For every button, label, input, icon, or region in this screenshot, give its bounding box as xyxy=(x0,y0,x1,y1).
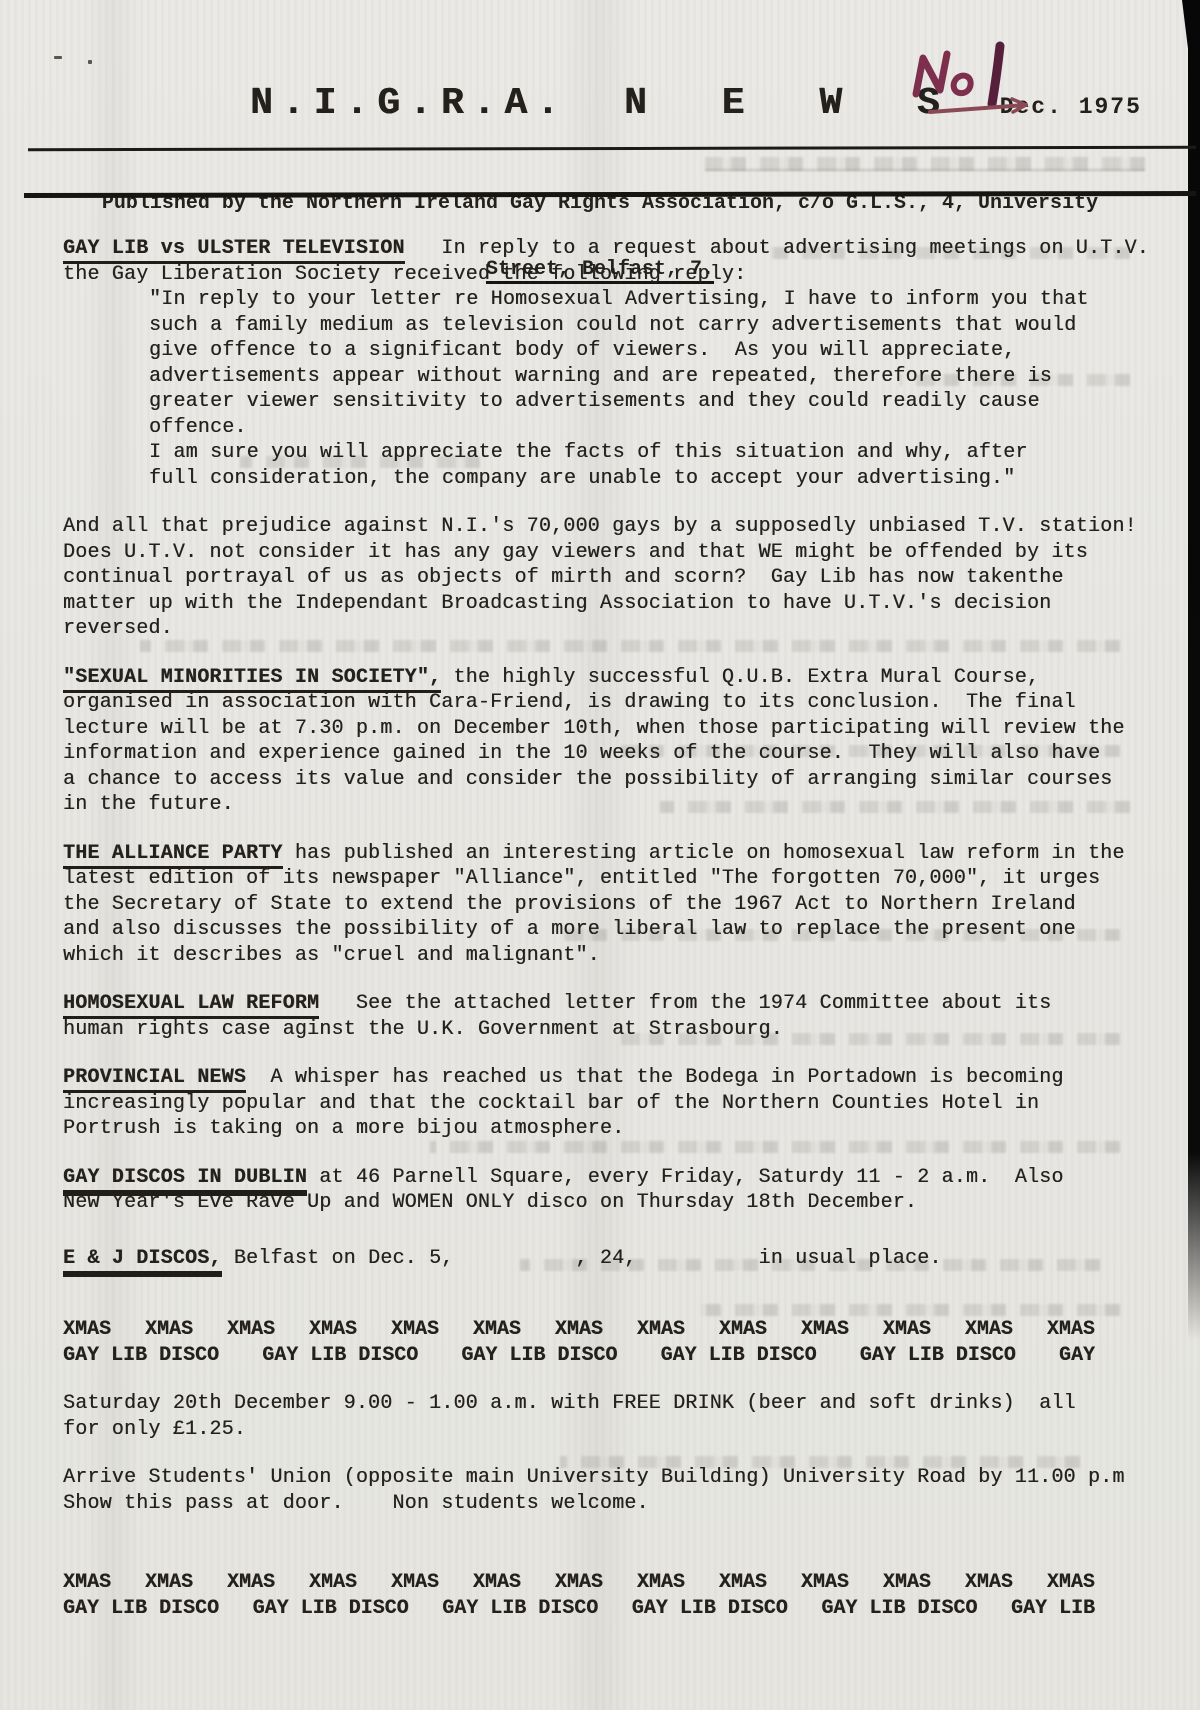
banner-token: XMAS xyxy=(965,1570,1013,1596)
section-heading: GAY DISCOS IN DUBLIN xyxy=(63,1166,307,1192)
section-heading: PROVINCIAL NEWS xyxy=(63,1066,246,1093)
banner-token: GAY LIB DISCO xyxy=(661,1343,817,1369)
banner-token: GAY LIB xyxy=(1011,1596,1095,1622)
section-heading: "SEXUAL MINORITIES IN SOCIETY", xyxy=(63,666,441,693)
scan-corner-shadow xyxy=(1182,0,1200,80)
text-run: And all that prejudice against N.I.'s 70… xyxy=(63,515,1137,538)
banner-token: XMAS xyxy=(391,1317,439,1343)
text-line: and also discusses the possibility of a … xyxy=(63,917,1141,943)
banner-token: GAY LIB DISCO xyxy=(860,1343,1016,1369)
banner-token: XMAS xyxy=(637,1570,685,1596)
section-heading: THE ALLIANCE PARTY xyxy=(63,842,283,869)
text-line: lecture will be at 7.30 p.m. on December… xyxy=(63,716,1141,742)
text-line: And all that prejudice against N.I.'s 70… xyxy=(63,514,1141,540)
text-line: Does U.T.V. not consider it has any gay … xyxy=(63,540,1141,566)
text-run: at 46 Parnell Square, every Friday, Satu… xyxy=(307,1166,1064,1189)
banner-token: XMAS xyxy=(63,1570,111,1596)
section-prejudice-comment: And all that prejudice against N.I.'s 70… xyxy=(63,514,1141,642)
text-line: THE ALLIANCE PARTY has published an inte… xyxy=(63,841,1141,867)
text-line: for only £1.25. xyxy=(63,1417,1141,1443)
text-line: New Year's Eve Rave Up and WOMEN ONLY di… xyxy=(63,1190,1141,1216)
text-line: reversed. xyxy=(63,616,1141,642)
text-run: Saturday 20th December 9.00 - 1.00 a.m. … xyxy=(63,1392,1076,1415)
newsletter-title-acronym: N.I.G.R.A. xyxy=(250,82,568,125)
text-line: information and experience gained in the… xyxy=(63,741,1141,767)
paper-speck xyxy=(88,60,92,64)
handwriting-no-1 xyxy=(900,38,1050,124)
section-heading: E & J DISCOS, xyxy=(63,1247,222,1273)
text-line: latest edition of its newspaper "Allianc… xyxy=(63,866,1141,892)
scanned-newsletter-page: N.I.G.R.A. N E W S Dec. 1975 Published b… xyxy=(0,0,1200,1710)
text-line: matter up with the Independant Broadcast… xyxy=(63,591,1141,617)
quote-line: give offence to a significant body of vi… xyxy=(149,338,1141,364)
text-line: human rights case aginst the U.K. Govern… xyxy=(63,1017,1141,1043)
banner-token: GAY LIB DISCO xyxy=(461,1343,617,1369)
section-sexual-minorities-course: "SEXUAL MINORITIES IN SOCIETY", the high… xyxy=(63,665,1141,818)
text-line: E & J DISCOS, Belfast on Dec. 5, , 24, i… xyxy=(63,1246,1141,1272)
banner-token: XMAS xyxy=(801,1570,849,1596)
section-disco-details: Saturday 20th December 9.00 - 1.00 a.m. … xyxy=(63,1391,1141,1442)
text-run: A whisper has reached us that the Bodega… xyxy=(246,1066,1064,1089)
text-line: PROVINCIAL NEWS A whisper has reached us… xyxy=(63,1065,1141,1091)
section-gay-lib-vs-utv: GAY LIB vs ULSTER TELEVISION In reply to… xyxy=(63,236,1141,491)
banner-token: GAY xyxy=(1059,1343,1095,1369)
banner-token: XMAS xyxy=(309,1570,357,1596)
banner-token: XMAS xyxy=(227,1317,275,1343)
banner-token: XMAS xyxy=(473,1317,521,1343)
banner-token: XMAS xyxy=(883,1317,931,1343)
text-line: organised in association with Cara-Frien… xyxy=(63,690,1141,716)
text-line: continual portrayal of us as objects of … xyxy=(63,565,1141,591)
text-line: Portrush is taking on a more bijou atmos… xyxy=(63,1116,1141,1142)
section-alliance-party: THE ALLIANCE PARTY has published an inte… xyxy=(63,841,1141,969)
text-line: the Gay Liberation Society received the … xyxy=(63,262,1141,288)
banner-token: XMAS xyxy=(1047,1317,1095,1343)
section-heading: GAY LIB vs ULSTER TELEVISION xyxy=(63,237,405,264)
banner-token: XMAS xyxy=(227,1570,275,1596)
text-run: has published an interesting article on … xyxy=(283,842,1125,865)
banner-token: GAY LIB DISCO xyxy=(821,1596,977,1622)
quote-line: such a family medium as television could… xyxy=(149,313,1141,339)
quote-line: I am sure you will appreciate the facts … xyxy=(149,440,1141,466)
banner-token: XMAS xyxy=(801,1317,849,1343)
text-run: Arrive Students' Union (opposite main Un… xyxy=(63,1466,1125,1489)
text-line: increasingly popular and that the cockta… xyxy=(63,1091,1141,1117)
section-arrive-details: Arrive Students' Union (opposite main Un… xyxy=(63,1465,1141,1516)
quote-line: full consideration, the company are unab… xyxy=(149,466,1141,492)
banner-token: XMAS xyxy=(63,1317,111,1343)
section-heading: HOMOSEXUAL LAW REFORM xyxy=(63,992,319,1019)
quoted-letter-block: "In reply to your letter re Homosexual A… xyxy=(63,287,1141,491)
quote-line: offence. xyxy=(149,415,1141,441)
text-line: "SEXUAL MINORITIES IN SOCIETY", the high… xyxy=(63,665,1141,691)
text-run: Belfast on Dec. 5, , 24, in usual place. xyxy=(222,1247,942,1270)
banner-token: XMAS xyxy=(145,1570,193,1596)
gay-lib-disco-row: GAY LIB DISCOGAY LIB DISCOGAY LIB DISCOG… xyxy=(63,1596,1095,1622)
section-xmas-banner-top: XMASXMASXMASXMASXMASXMASXMASXMASXMASXMAS… xyxy=(63,1317,1141,1368)
text-line: Saturday 20th December 9.00 - 1.00 a.m. … xyxy=(63,1391,1141,1417)
text-line: a chance to access its value and conside… xyxy=(63,767,1141,793)
text-line: HOMOSEXUAL LAW REFORM See the attached l… xyxy=(63,991,1141,1017)
section-provincial-news: PROVINCIAL NEWS A whisper has reached us… xyxy=(63,1065,1141,1142)
text-run: See the attached letter from the 1974 Co… xyxy=(319,992,1051,1015)
banner-token: XMAS xyxy=(391,1570,439,1596)
text-line: Show this pass at door. Non students wel… xyxy=(63,1491,1141,1517)
section-e-and-j-discos: E & J DISCOS, Belfast on Dec. 5, , 24, i… xyxy=(63,1246,1141,1272)
text-line: in the future. xyxy=(63,792,1141,818)
text-line: which it describes as "cruel and maligna… xyxy=(63,943,1141,969)
section-homosexual-law-reform: HOMOSEXUAL LAW REFORM See the attached l… xyxy=(63,991,1141,1042)
banner-token: XMAS xyxy=(145,1317,193,1343)
banner-token: XMAS xyxy=(719,1570,767,1596)
banner-token: XMAS xyxy=(719,1317,767,1343)
text-run: In reply to a request about advertising … xyxy=(405,237,1149,260)
handwritten-issue-number xyxy=(900,38,1050,129)
banner-token: XMAS xyxy=(473,1570,521,1596)
text-line: the Secretary of State to extend the pro… xyxy=(63,892,1141,918)
banner-token: GAY LIB DISCO xyxy=(442,1596,598,1622)
banner-token: GAY LIB DISCO xyxy=(63,1596,219,1622)
section-xmas-banner-bottom: XMASXMASXMASXMASXMASXMASXMASXMASXMASXMAS… xyxy=(63,1570,1141,1621)
section-gay-discos-dublin: GAY DISCOS IN DUBLIN at 46 Parnell Squar… xyxy=(63,1165,1141,1216)
text-line: Arrive Students' Union (opposite main Un… xyxy=(63,1465,1141,1491)
banner-token: GAY LIB DISCO xyxy=(63,1343,219,1369)
banner-token: XMAS xyxy=(637,1317,685,1343)
banner-token: XMAS xyxy=(309,1317,357,1343)
xmas-row: XMASXMASXMASXMASXMASXMASXMASXMASXMASXMAS… xyxy=(63,1570,1095,1596)
banner-token: XMAS xyxy=(883,1570,931,1596)
quote-line: advertisements appear without warning an… xyxy=(149,364,1141,390)
newsletter-body: GAY LIB vs ULSTER TELEVISION In reply to… xyxy=(63,236,1141,1621)
text-line: GAY DISCOS IN DUBLIN at 46 Parnell Squar… xyxy=(63,1165,1141,1191)
banner-token: GAY LIB DISCO xyxy=(253,1596,409,1622)
banner-token: GAY LIB DISCO xyxy=(632,1596,788,1622)
quote-line: greater viewer sensitivity to advertisem… xyxy=(149,389,1141,415)
banner-token: GAY LIB DISCO xyxy=(262,1343,418,1369)
paper-speck xyxy=(54,56,62,59)
text-run: the highly successful Q.U.B. Extra Mural… xyxy=(441,666,1039,689)
banner-token: XMAS xyxy=(555,1317,603,1343)
xmas-row: XMASXMASXMASXMASXMASXMASXMASXMASXMASXMAS… xyxy=(63,1317,1095,1343)
banner-token: XMAS xyxy=(1047,1570,1095,1596)
gay-lib-disco-row: GAY LIB DISCOGAY LIB DISCOGAY LIB DISCOG… xyxy=(63,1343,1095,1369)
banner-token: XMAS xyxy=(965,1317,1013,1343)
quote-line: "In reply to your letter re Homosexual A… xyxy=(149,287,1141,313)
banner-token: XMAS xyxy=(555,1570,603,1596)
text-line: GAY LIB vs ULSTER TELEVISION In reply to… xyxy=(63,236,1141,262)
